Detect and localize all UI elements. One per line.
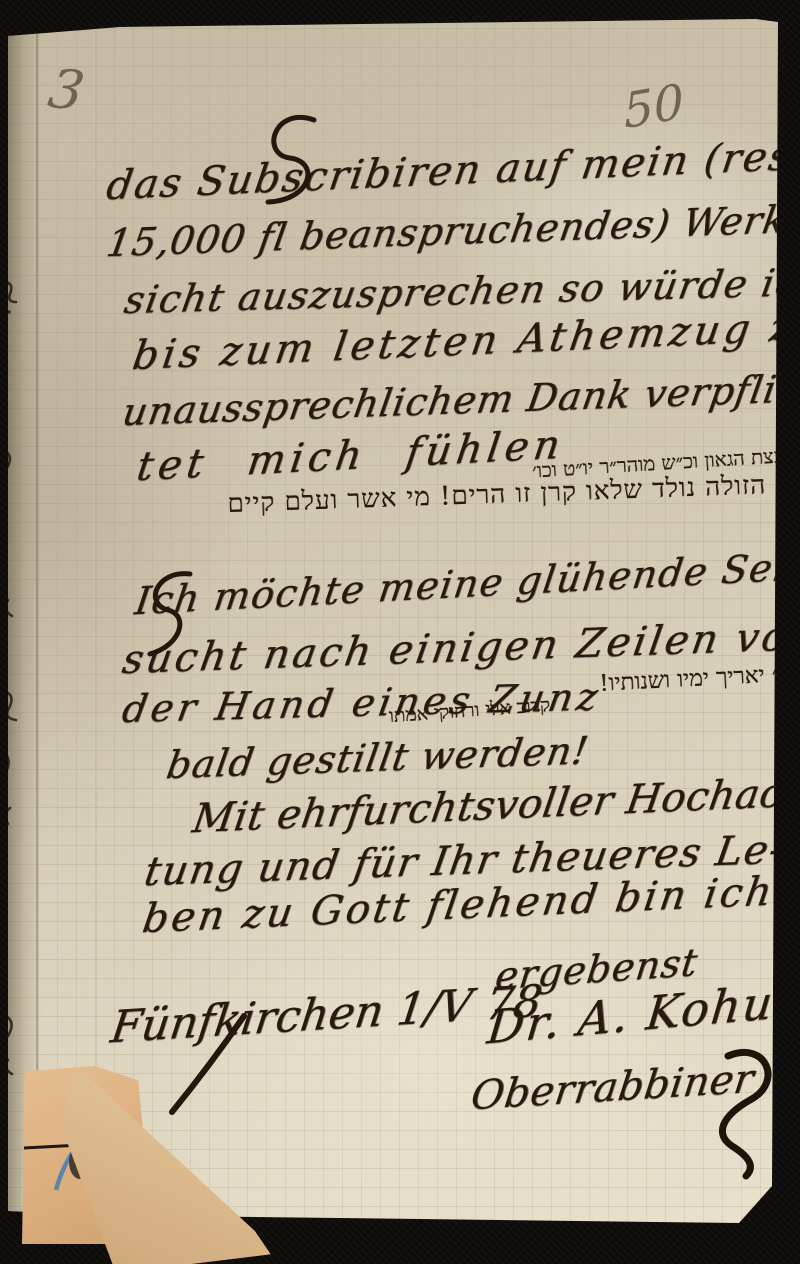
pencil-page-number: 3 bbox=[45, 62, 89, 119]
manuscript-line: bald gestillt werden! bbox=[164, 731, 591, 784]
flourish-stroke-f-descender bbox=[170, 1014, 248, 1116]
manuscript-line: das Subscribiren auf mein (resp. bbox=[104, 134, 800, 206]
hebrew-inline-blessing: ה׳ יאריך ימיו ושנותיו! bbox=[540, 663, 791, 699]
manuscript-line: unaussprechlichem Dank verpflich- bbox=[120, 368, 800, 431]
pencil-folio-number: 50 bbox=[622, 77, 686, 136]
margin-crease bbox=[94, 27, 97, 1213]
manuscript-line: 15,000 fl beanspruchendes) Werk Ab- bbox=[104, 197, 800, 262]
gutter-fold-line bbox=[36, 26, 38, 1214]
flourish-stroke-initial-s bbox=[252, 112, 326, 210]
manuscript-line: Ich möchte meine glühende Sehn- bbox=[133, 545, 800, 620]
flourish-stroke-initial-i bbox=[140, 568, 200, 658]
